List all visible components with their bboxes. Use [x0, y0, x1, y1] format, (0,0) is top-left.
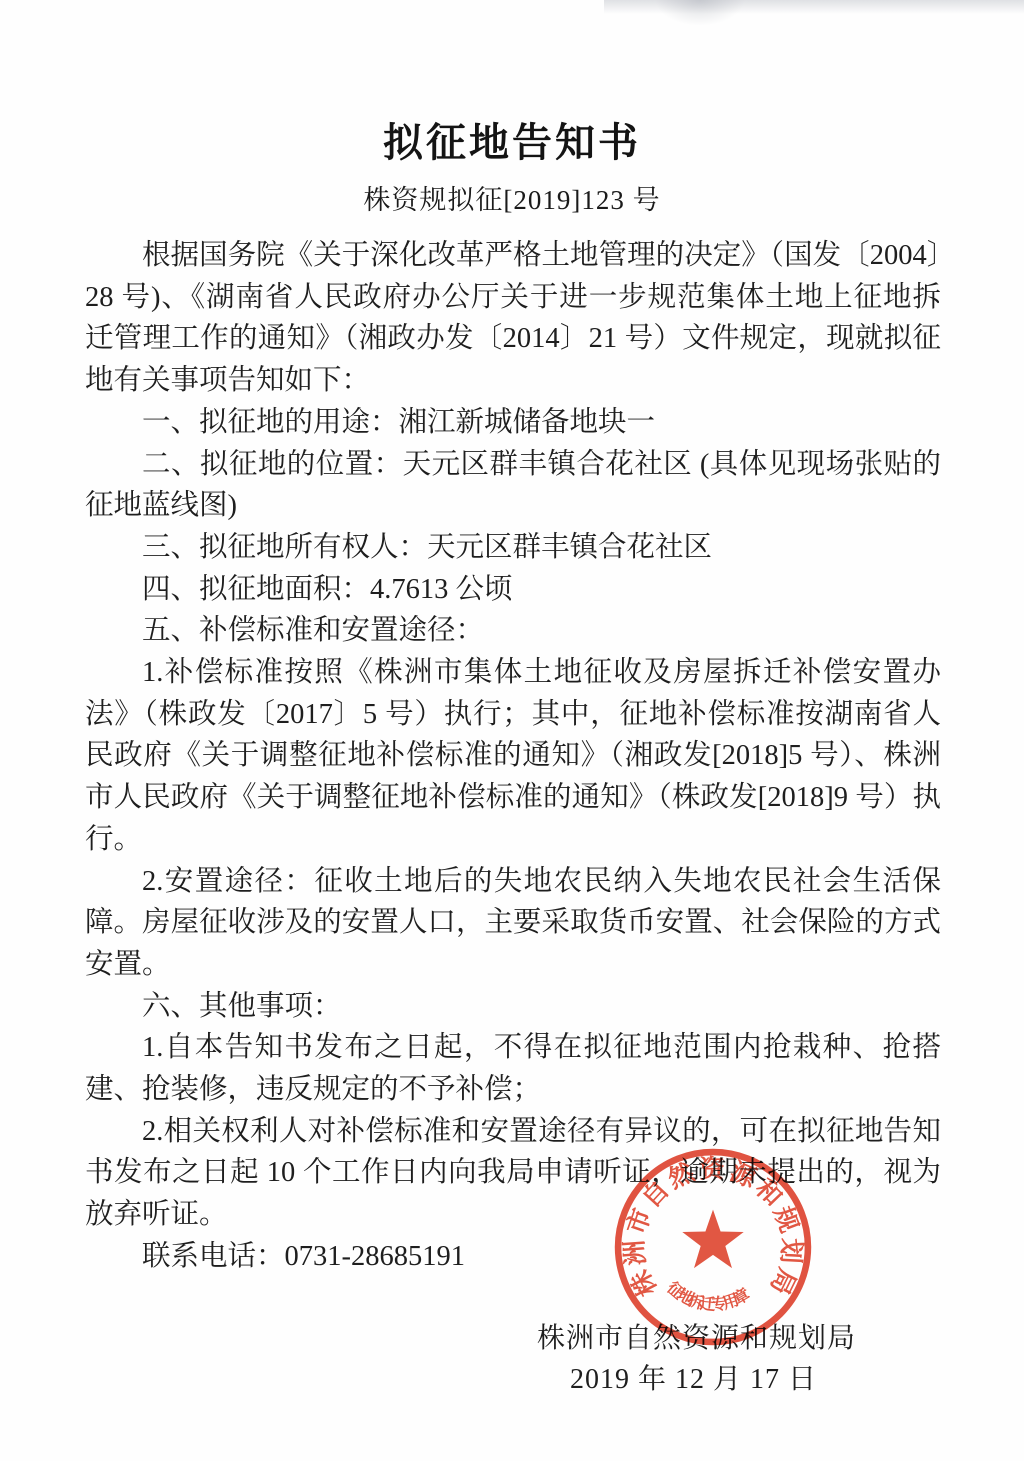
paragraph-item-4: 四、拟征地面积：4.7613 公顷	[85, 569, 941, 611]
signature-org: 株洲市自然资源和规划局	[85, 1318, 941, 1360]
paragraph-item-6-2: 2.相关权利人对补偿标准和安置途径有异议的，可在拟征地告知书发布之日起 10 个…	[85, 1111, 941, 1236]
page-title: 拟征地告知书	[0, 120, 1024, 166]
scan-artifact-smudge	[655, 0, 745, 26]
paragraph-item-6: 六、其他事项：	[85, 986, 941, 1028]
paragraph-item-6-1: 1.自本告知书发布之日起，不得在拟征地范围内抢栽种、抢搭建、抢装修，违反规定的不…	[85, 1027, 941, 1110]
document-page: 拟征地告知书 株资规拟征[2019]123 号 根据国务院《关于深化改革严格土地…	[0, 0, 1024, 1461]
paragraph-item-1: 一、拟征地的用途：湘江新城储备地块一	[85, 402, 941, 444]
signature-block: 株洲市自然资源和规划局 2019 年 12 月 17 日	[85, 1318, 941, 1401]
seal-bottom-text: 征地拆迁专用章	[663, 1277, 753, 1314]
paragraph-item-3: 三、拟征地所有权人：天元区群丰镇合花社区	[85, 527, 941, 569]
paragraph-contact-phone: 联系电话：0731-28685191	[85, 1236, 941, 1278]
paragraph-intro: 根据国务院《关于深化改革严格土地管理的决定》（国发〔2004〕28 号)、《湖南…	[85, 235, 941, 402]
paragraph-item-5: 五、补偿标准和安置途径：	[85, 610, 941, 652]
doc-number: 株资规拟征[2019]123 号	[0, 178, 1024, 217]
scan-artifact-top	[604, 0, 1024, 14]
paragraph-item-5-2: 2.安置途径：征收土地后的失地农民纳入失地农民社会生活保障。房屋征收涉及的安置人…	[85, 861, 941, 986]
signature-date: 2019 年 12 月 17 日	[85, 1359, 941, 1401]
paragraph-item-5-1: 1.补偿标准按照《株洲市集体土地征收及房屋拆迁补偿安置办法》（株政发〔2017〕…	[85, 652, 941, 861]
document-body: 根据国务院《关于深化改革严格土地管理的决定》（国发〔2004〕28 号)、《湖南…	[85, 235, 941, 1278]
paragraph-item-2: 二、拟征地的位置：天元区群丰镇合花社区 (具体见现场张贴的征地蓝线图)	[85, 444, 941, 527]
